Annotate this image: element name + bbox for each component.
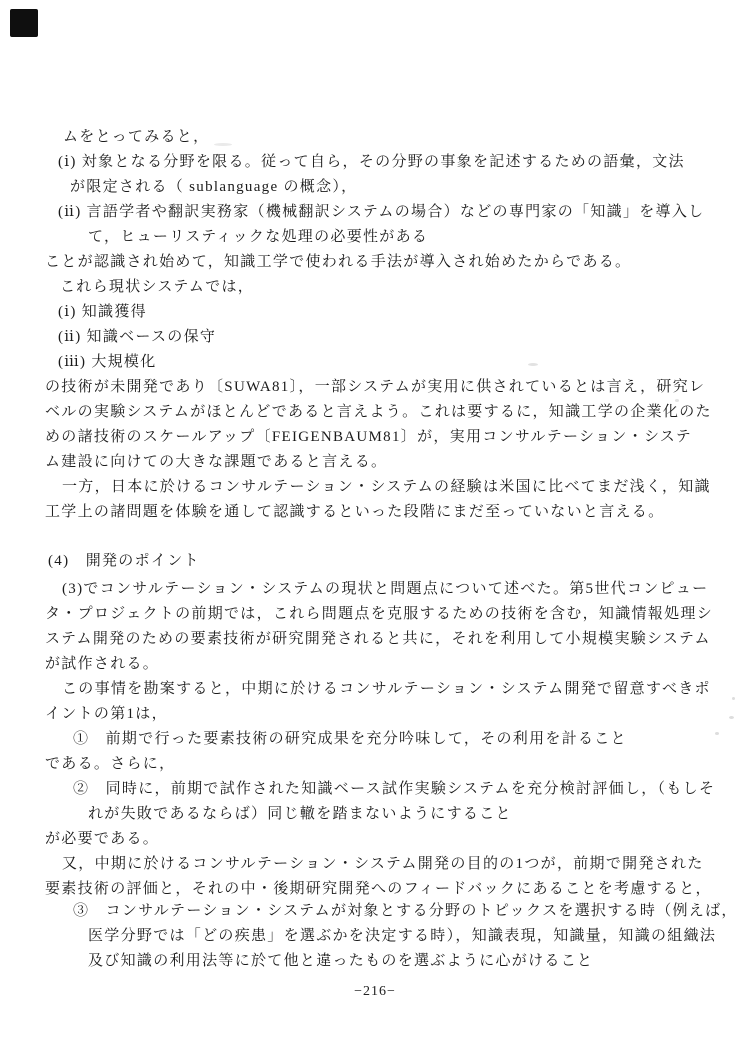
numbered-item-line: ② 同時に，前期で試作された知識ベース試作実験システムを充分検討評価し，（もしそ <box>73 780 715 798</box>
text-line: 及び知識の利用法等に於て他と違ったものを選ぶように心がけること <box>88 952 593 970</box>
list-item-line: (ⅰ) 知識獲得 <box>58 303 147 321</box>
text-line: である。さらに， <box>45 755 175 773</box>
text-line: ム建設に向けての大きな課題であると言える。 <box>45 453 387 471</box>
text-line: 工学上の諸問題を体験を通して認識するといった段階にまだ至っていないと言える。 <box>45 503 664 521</box>
text-line: これら現状システムでは， <box>60 278 254 296</box>
text-line: この事情を勘案すると，中期に於けるコンサルテーション・システム開発で留意すべきポ <box>62 680 711 698</box>
document-page: ムをとってみると， (ⅰ) 対象となる分野を限る。従って自ら，その分野の事象を記… <box>0 0 750 1054</box>
list-item-line: (ⅰ) 対象となる分野を限る。従って自ら，その分野の事象を記述するための語彙，文… <box>58 153 685 171</box>
scan-artifact-speck <box>732 697 735 700</box>
scan-artifact-speck <box>214 143 232 146</box>
scan-artifact-speck <box>729 716 734 719</box>
list-item-line: (ⅲ) 大規模化 <box>58 353 157 371</box>
section-heading: (4) 開発のポイント <box>48 552 200 570</box>
text-line: 医学分野では「どの疾患」を選ぶかを決定する時），知識表現，知識量，知識の組織法 <box>88 927 716 945</box>
numbered-item-line: ① 前期で行った要素技術の研究成果を充分吟味して，その利用を計ること <box>73 730 627 748</box>
corner-scan-mark <box>10 9 38 37</box>
text-line: 要素技術の評価と，それの中・後期研究開発へのフィードバックにあることを考慮すると… <box>45 880 712 898</box>
text-line: 一方，日本に於けるコンサルテーション・システムの経験は米国に比べてまだ浅く，知識 <box>62 478 711 496</box>
list-item-line: (ⅱ) 言語学者や翻訳実務家（機械翻訳システムの場合）などの専門家の「知識」を導… <box>58 203 704 221</box>
text-line: れが失敗であるならば）同じ轍を踏まないようにすること <box>88 805 512 823</box>
list-item-line: (ⅱ) 知識ベースの保守 <box>58 328 216 346</box>
scan-artifact-speck <box>528 363 538 366</box>
text-line: ステム開発のための要素技術が研究開発されると共に，それを利用して小規模実験システ… <box>45 630 711 648</box>
page-number: −216− <box>0 984 750 1000</box>
text-line: が限定される（ sublanguage の概念）， <box>70 178 357 196</box>
numbered-item-line: ③ コンサルテーション・システムが対象とする分野のトピックスを選択する時（例えば… <box>73 902 738 920</box>
text-line: ムをとってみると， <box>63 128 209 146</box>
text-line: ことが認識され始めて，知識工学で使われる手法が導入され始めたからである。 <box>45 253 631 271</box>
text-line: て，ヒューリスティックな処理の必要性がある <box>88 228 428 246</box>
scan-artifact-speck <box>715 732 719 735</box>
text-line: タ・プロジェクトの前期では，これら問題点を克服するための技術を含む，知識情報処理… <box>45 605 713 623</box>
text-line: イントの第1は， <box>45 705 168 723</box>
scan-artifact-speck <box>675 399 679 402</box>
text-line: (3)でコンサルテーション・システムの現状と問題点について述べた。第5世代コンピ… <box>62 580 708 598</box>
text-line: の技術が未開発であり〔SUWA81〕，一部システムが実用に供されているとは言え，… <box>45 378 705 396</box>
text-line: 又，中期に於けるコンサルテーション・システム開発の目的の1つが，前期で開発された <box>62 855 704 873</box>
text-line: ベルの実験システムがほとんどであると言えよう。これは要するに，知識工学の企業化の… <box>45 403 712 421</box>
text-line: めの諸技術のスケールアップ〔FEIGENBAUM81〕が，実用コンサルテーション… <box>45 428 692 446</box>
text-line: が必要である。 <box>45 830 159 848</box>
text-line: が試作される。 <box>45 655 159 673</box>
